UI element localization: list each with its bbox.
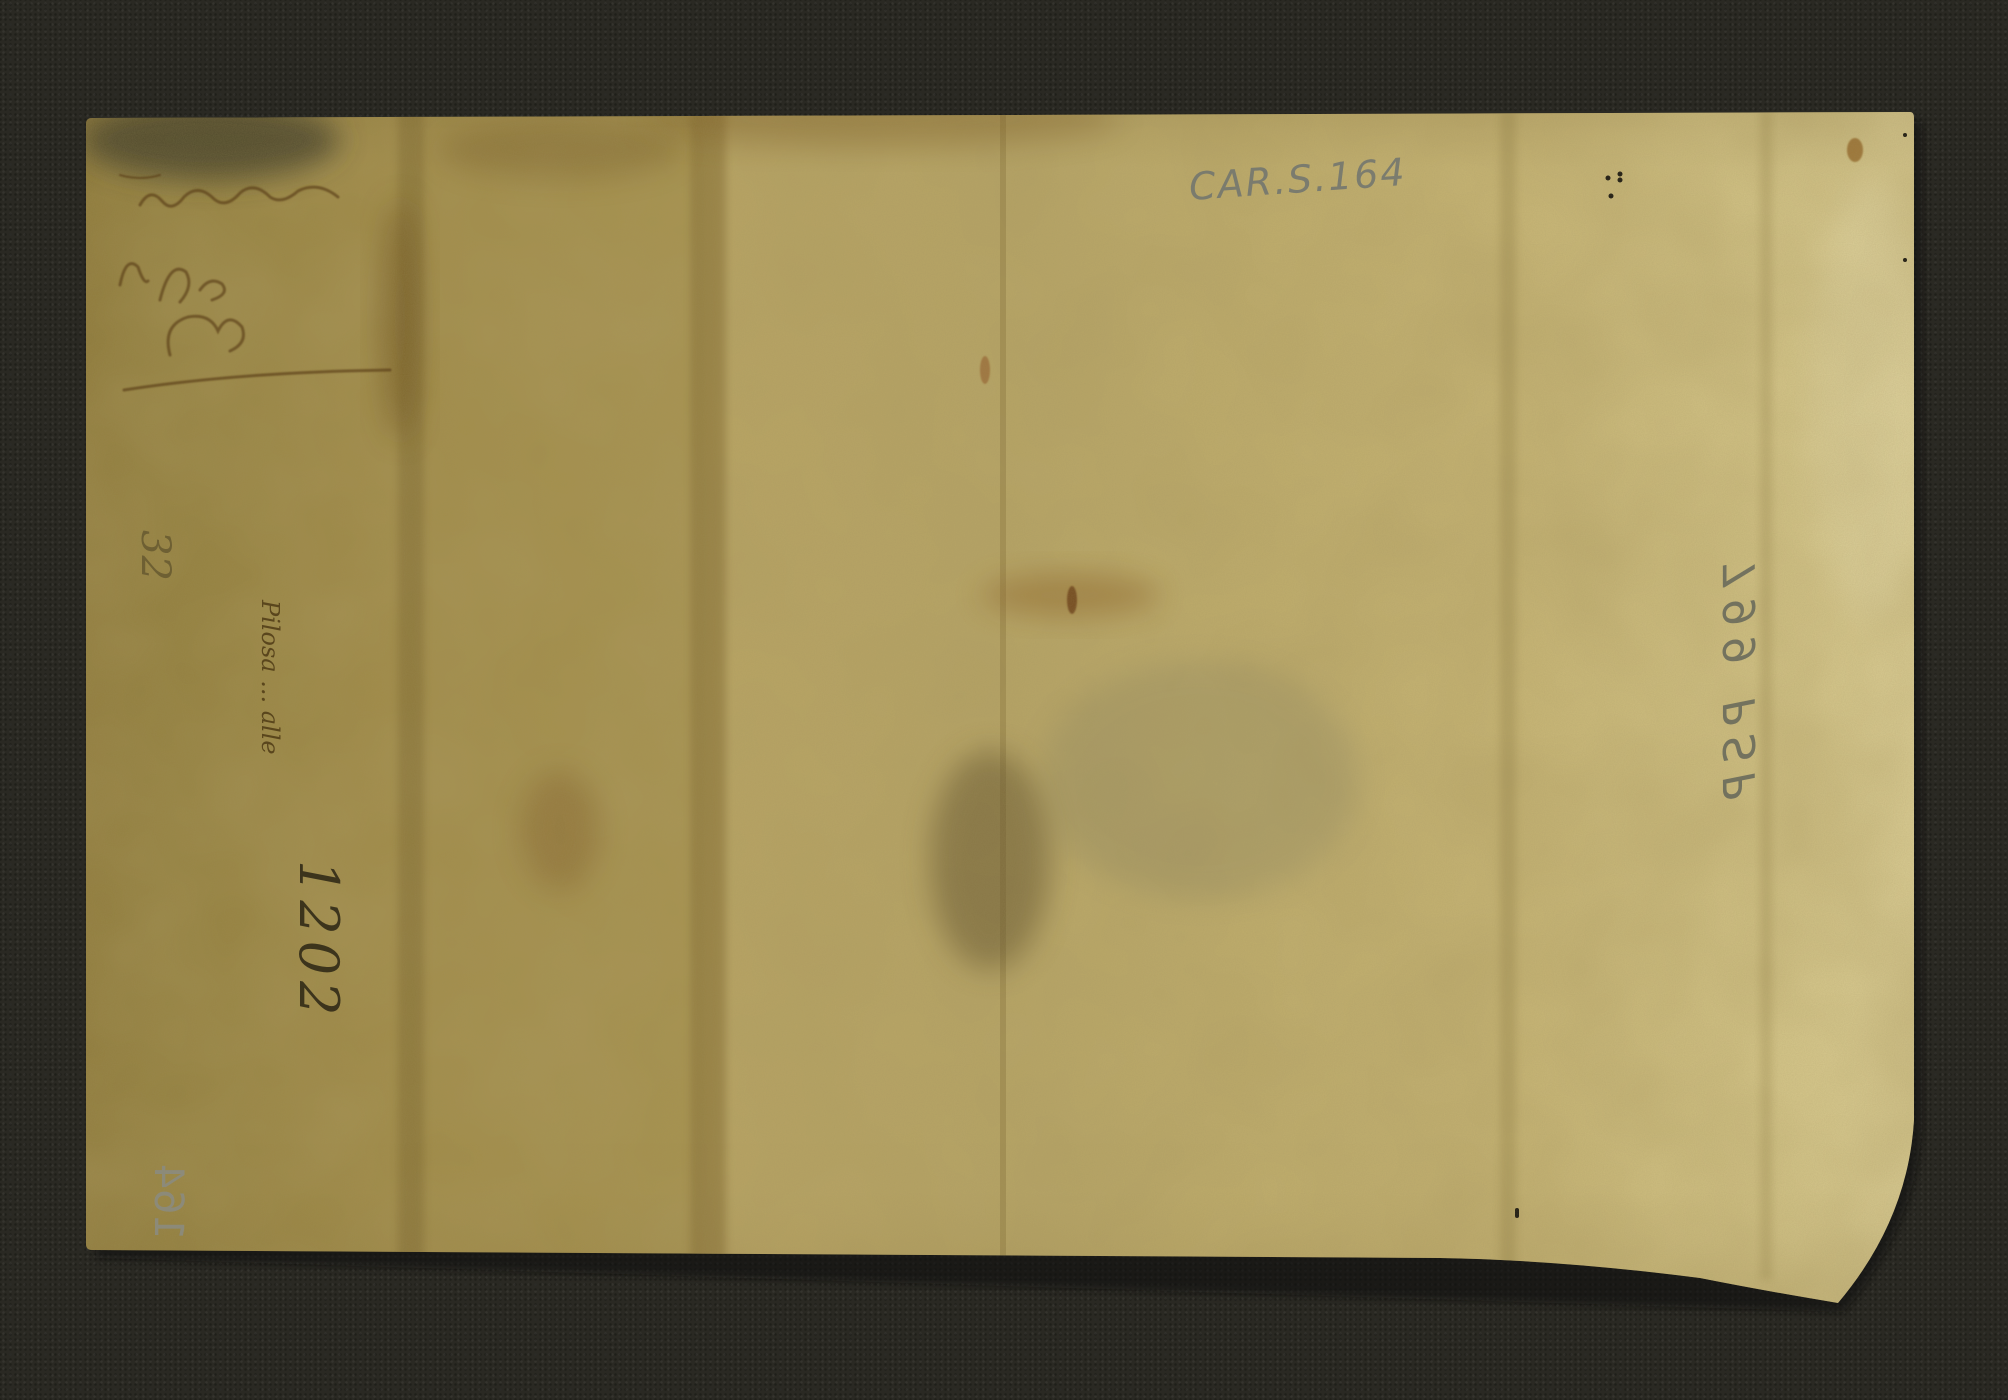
- right-number-annotation: 799 PSP: [1715, 560, 1766, 809]
- svg-text:Pilosa ... alle: Pilosa ... alle: [256, 599, 284, 755]
- year-annotation: 1202: [287, 860, 350, 1021]
- parchment-sheet: CAR.S.164 1202 Pilosa ... alle 799 PSP 1…: [0, 0, 2008, 1400]
- left-number-annotation: 32: [132, 530, 178, 581]
- svg-text:32: 32: [132, 530, 178, 581]
- svg-text:164: 164: [145, 1164, 191, 1240]
- bottom-left-number-annotation: 164: [145, 1164, 191, 1240]
- svg-text:799 PSP: 799 PSP: [1715, 560, 1766, 809]
- archival-note-annotation: Pilosa ... alle: [256, 599, 284, 755]
- svg-text:1202: 1202: [287, 860, 350, 1021]
- document-photograph: CAR.S.164 1202 Pilosa ... alle 799 PSP 1…: [0, 0, 2008, 1400]
